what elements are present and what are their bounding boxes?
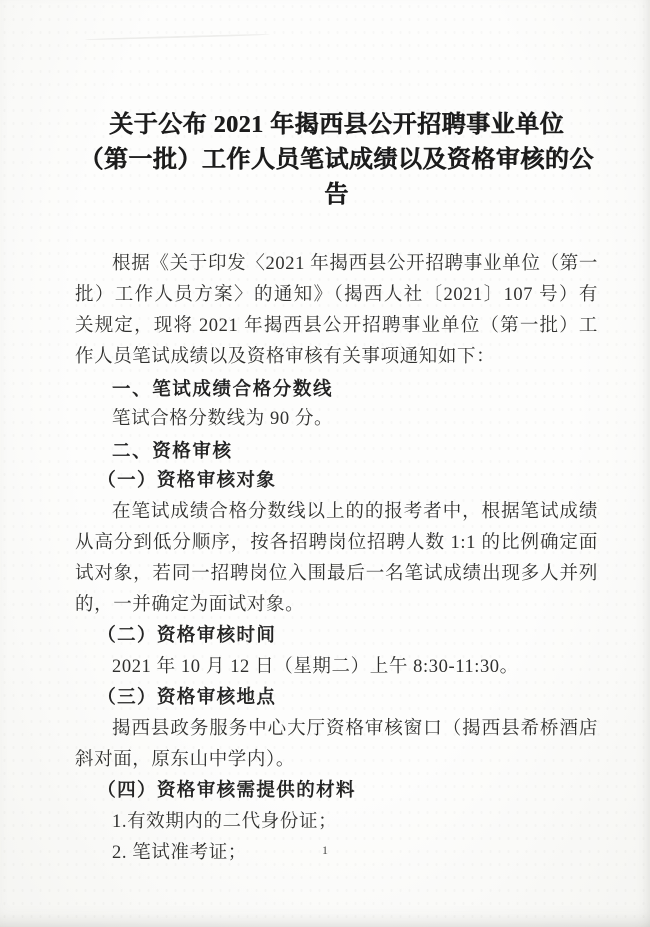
review-time-paragraph: 2021 年 10 月 12 日（星期二）上午 8:30-11:30。 (75, 652, 598, 683)
passing-score-paragraph: 笔试合格分数线为 90 分。 (75, 404, 598, 435)
section-heading-qualification-review: 二、资格审核 (75, 435, 598, 466)
subsection-heading-required-materials: （四）资格审核需提供的材料 (75, 776, 598, 807)
subsection-heading-review-targets: （一）资格审核对象 (75, 466, 598, 497)
document-content: 关于公布 2021 年揭西县公开招聘事业单位 （第一批）工作人员笔试成绩以及资格… (75, 108, 598, 869)
page-number: 1 (0, 843, 650, 857)
scan-scratch-artifact (85, 33, 270, 40)
document-title-line2: （第一批）工作人员笔试成绩以及资格审核的公告 (79, 147, 594, 208)
review-location-paragraph: 揭西县政务服务中心大厅资格审核窗口（揭西县希桥酒店斜对面，原东山中学内）。 (75, 714, 598, 776)
document-title-line1: 关于公布 2021 年揭西县公开招聘事业单位 (109, 112, 564, 138)
intro-paragraph: 根据《关于印发〈2021 年揭西县公开招聘事业单位（第一批）工作人员方案〉的通知… (75, 249, 598, 373)
document-title: 关于公布 2021 年揭西县公开招聘事业单位 （第一批）工作人员笔试成绩以及资格… (75, 108, 598, 213)
section-heading-written-test-passing-score: 一、笔试成绩合格分数线 (75, 373, 598, 404)
review-targets-paragraph: 在笔试成绩合格分数线以上的的报考者中，根据笔试成绩从高分到低分顺序，按各招聘岗位… (75, 497, 598, 621)
subsection-heading-review-time: （二）资格审核时间 (75, 621, 598, 652)
scanned-document-page: 关于公布 2021 年揭西县公开招聘事业单位 （第一批）工作人员笔试成绩以及资格… (0, 0, 650, 927)
subsection-heading-review-location: （三）资格审核地点 (75, 683, 598, 714)
material-item-id-card: 1.有效期内的二代身份证； (75, 807, 598, 838)
